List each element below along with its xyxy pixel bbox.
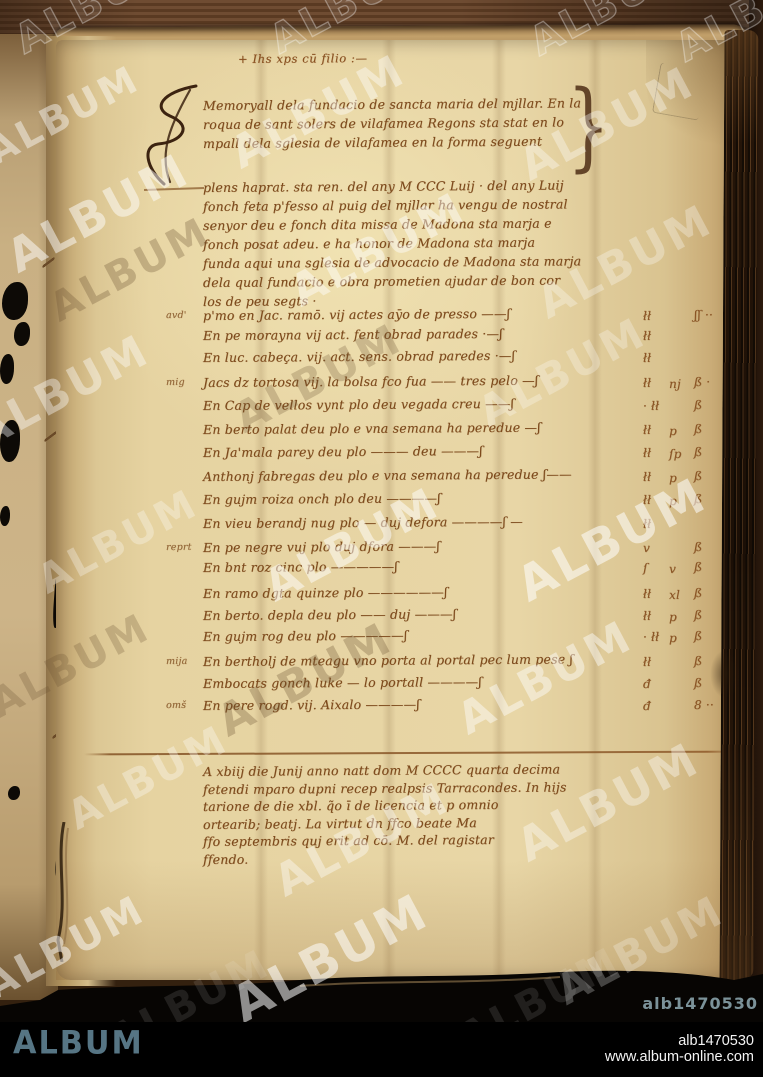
entry-amount-lliures: · łł: [643, 630, 659, 644]
entry-margin-note: avd': [166, 310, 187, 321]
para2-line: dela qual fundacio e obra prometien ajud…: [203, 273, 560, 290]
pen-flourish: [140, 82, 212, 190]
entry-text: En Cap de vellos vynt plo deu vegada cre…: [203, 396, 514, 413]
entry-text: Jacs dz tortosa vij. la bolsa fco fua ——…: [203, 373, 538, 390]
entry-amount-sous: ß: [694, 676, 702, 690]
entry-margin-note: mija: [166, 656, 188, 667]
para2-line: funda aqui una sglesia de advocacio de M…: [203, 253, 581, 271]
manuscript-photo: + Ihs xps cū filio :— Memoryall dela fun…: [0, 0, 763, 1077]
entry-margin-note: mig: [166, 377, 185, 388]
entry-amount-sous: ß: [694, 654, 702, 668]
entry-row: En gujm roiza onch plo deu ————ʃłłpß: [56, 492, 732, 512]
entry-amount-lliures: ſ: [643, 561, 648, 575]
closing-line: tarione de die xbl. q̃o ī de licencia et…: [203, 797, 499, 814]
para1-line: mpall dela sglesia de vilafamea en la fo…: [203, 134, 542, 151]
para2-line: fonch feta p'fesso al puig del mjllar ha…: [203, 196, 568, 214]
entry-amount-sous: ß: [694, 469, 702, 483]
closing-brace: }: [567, 86, 610, 166]
entry-amount-lliures: łł: [643, 517, 651, 531]
entry-row: Anthonj fabregas deu plo e vna semana ha…: [56, 469, 732, 489]
entry-row: mijaEn bertholj de mteagu vno porta al p…: [56, 654, 732, 674]
closing-line: A xbiij die Junij anno natt dom M CCCC q…: [203, 762, 560, 779]
footer-image-id: alb1470530: [605, 1033, 754, 1049]
para1-line: roqua de sant solers de vilafamea Regons…: [203, 114, 564, 132]
entry-margin-note: reprt: [166, 542, 192, 553]
footer-website: www.album-online.com: [605, 1049, 754, 1065]
invocation-line: + Ihs xps cū filio :—: [238, 51, 368, 66]
entry-amount-sous: 8 ··: [694, 698, 714, 712]
entry-row: En vieu berandj nug plo — duj defora ———…: [56, 516, 732, 536]
entry-amount-sous: ß: [694, 608, 702, 622]
entry-text: En gujm rog deu plo —————ʃ: [203, 628, 408, 644]
entry-amount-lliures: łł: [643, 446, 651, 460]
entry-row: Embocats gonch luke — lo portall ————ʃđß: [56, 676, 732, 696]
entry-text: En vieu berandj nug plo — duj defora ———…: [203, 514, 523, 531]
entry-text: Embocats gonch luke — lo portall ————ʃ: [203, 674, 482, 691]
entry-text: En luc. cabeça. vij. act. sens. obrad pa…: [203, 348, 515, 365]
footer-credit-text: alb1470530 www.album-online.com: [605, 1033, 754, 1065]
damage-spot: [8, 786, 20, 800]
entry-text: En berto. depla deu plo —— duj ———ʃ: [203, 606, 456, 623]
entry-row: reprtEn pe negre vuj plo duj dfora ———ʃv…: [56, 540, 732, 560]
entry-text: Anthonj fabregas deu plo e vna semana ha…: [203, 466, 572, 484]
entry-row: migJacs dz tortosa vij. la bolsa fco fua…: [56, 375, 732, 395]
entry-row: En ramo dgta quinze plo ——————ʃłłxlß: [56, 586, 732, 606]
para1-line: Memoryall dela fundacio de sancta maria …: [203, 95, 581, 113]
entry-text: En pere rogd. vij. Aixalo ————ʃ: [203, 696, 420, 713]
entry-row: En pe morayna vij act. fent obrad parade…: [56, 328, 732, 348]
para2-line: plens haprat. sta ren. del any M CCC Lui…: [203, 177, 564, 195]
damage-spot: [0, 420, 20, 462]
entry-amount-sous: ß: [694, 586, 702, 600]
entry-amount-sous: ß: [694, 398, 702, 412]
entry-row: En Ja'mala parey deu plo ——— deu ———ʃłłſ…: [56, 445, 732, 465]
entry-amount-sous: ß: [694, 540, 702, 554]
entry-amount-numeral: p: [669, 471, 677, 485]
entry-row: En gujm rog deu plo —————ʃ· łłpß: [56, 629, 732, 649]
entry-amount-sous: ß ·: [694, 375, 710, 389]
entry-amount-sous: ß: [694, 560, 702, 574]
entry-amount-lliures: łł: [643, 609, 651, 623]
entry-row: En berto. depla deu plo —— duj ———ʃłłpß: [56, 608, 732, 628]
entry-text: En ramo dgta quinze plo ——————ʃ: [203, 584, 448, 601]
entry-amount-lliures: łł: [643, 309, 651, 323]
entry-amount-sous: ß: [694, 492, 702, 506]
closing-line: ortearib; beatj. La virtut dn ffco beate…: [203, 815, 477, 832]
para2-line: fonch posat adeu. e ha honor de Madona s…: [203, 235, 535, 252]
separator-rule: [84, 751, 740, 756]
entry-amount-numeral: p: [669, 631, 677, 645]
entry-amount-lliures: đ: [643, 677, 651, 691]
closing-line: fetendi mparo dupni recep realpsis Tarra…: [203, 779, 567, 797]
entry-row: omšEn pere rogd. vij. Aixalo ————ʃđ8 ··: [56, 698, 732, 718]
entry-amount-sous: ß: [694, 445, 702, 459]
pencil-annotation: [652, 62, 707, 120]
entry-amount-lliures: đ: [643, 699, 651, 713]
entry-text: En berto palat deu plo e vna semana ha p…: [203, 420, 541, 437]
entry-amount-sous: ʃʃ ··: [694, 308, 713, 322]
entry-amount-lliures: łł: [643, 493, 651, 507]
entry-amount-lliures: łł: [643, 587, 651, 601]
entry-amount-sous: ß: [694, 422, 702, 436]
entry-row: En bnt roz cinc plo —————ʃſvß: [56, 560, 732, 580]
damage-spot: [14, 322, 30, 346]
entry-amount-numeral: p: [669, 610, 677, 624]
overlay-image-id: alb1470530: [642, 994, 758, 1013]
entry-amount-sous: ß: [694, 629, 702, 643]
entry-row: avd'p'mo en Jac. ramō. vij actes aȳo de …: [56, 308, 732, 328]
entry-margin-note: omš: [166, 700, 186, 711]
entry-amount-lliures: łł: [643, 376, 651, 390]
entry-amount-lliures: łł: [643, 655, 651, 669]
page-tear: [52, 822, 78, 962]
damage-spot: [0, 506, 10, 526]
closing-line: ffendo.: [203, 851, 248, 866]
entry-text: En pe morayna vij act. fent obrad parade…: [203, 326, 503, 343]
entry-amount-lliures: v: [643, 541, 650, 555]
damage-spot: [2, 282, 28, 320]
entry-text: En bertholj de mteagu vno porta al porta…: [203, 651, 573, 669]
album-logo: ALBUM: [13, 1025, 144, 1062]
para2-line: senyor deu e fonch dita missa de Madona …: [203, 216, 552, 233]
entry-text: En pe negre vuj plo duj dfora ———ʃ: [203, 538, 440, 555]
entry-text: En Ja'mala parey deu plo ——— deu ———ʃ: [203, 443, 483, 460]
closing-line: ffo septembris quj erit ad cō. M. del ra…: [203, 832, 494, 849]
entry-row: En luc. cabeça. vij. act. sens. obrad pa…: [56, 350, 732, 370]
entry-text: En bnt roz cinc plo —————ʃ: [203, 559, 398, 575]
entry-amount-lliures: · łł: [643, 399, 659, 413]
entry-amount-lliures: łł: [643, 329, 651, 343]
entry-row: En berto palat deu plo e vna semana ha p…: [56, 422, 732, 442]
entry-amount-numeral: p: [669, 494, 677, 508]
entry-amount-numeral: nj: [669, 377, 681, 391]
manuscript-page: + Ihs xps cū filio :— Memoryall dela fun…: [56, 40, 732, 980]
right-page-edges: [720, 30, 759, 982]
entry-row: En Cap de vellos vynt plo deu vegada cre…: [56, 398, 732, 418]
entry-amount-numeral: p: [669, 424, 677, 438]
entry-amount-numeral: ſp: [669, 447, 682, 461]
entry-amount-lliures: łł: [643, 351, 651, 365]
footer-credit-bar: ALBUM alb1470530 www.album-online.com: [0, 1022, 763, 1077]
entry-amount-lliures: łł: [643, 470, 651, 484]
entry-text: En gujm roiza onch plo deu ————ʃ: [203, 490, 441, 507]
edge-stain: [710, 650, 740, 698]
entry-amount-lliures: łł: [643, 423, 651, 437]
entry-text: p'mo en Jac. ramō. vij actes aȳo de pres…: [203, 306, 510, 323]
entry-amount-numeral: v: [669, 562, 676, 576]
entry-amount-numeral: xl: [669, 588, 680, 602]
damage-spot: [0, 354, 14, 384]
